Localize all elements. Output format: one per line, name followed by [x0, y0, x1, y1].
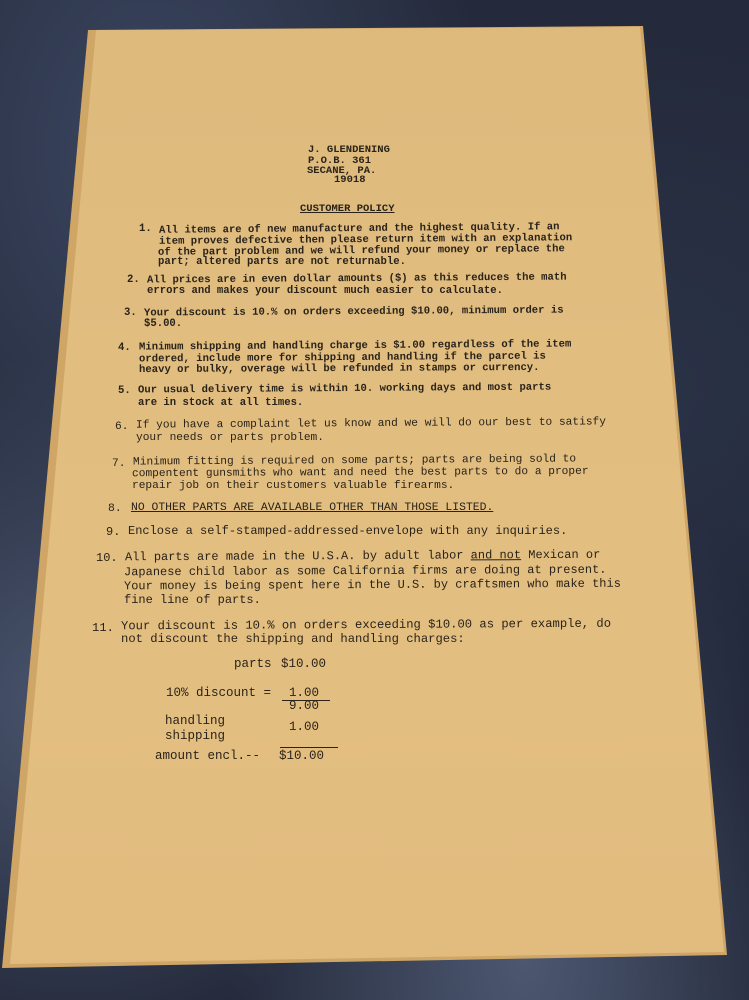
- handling-shipping-value: 1.00: [289, 720, 319, 734]
- amount-enclosed-label: amount encl.--: [155, 749, 260, 763]
- policy-document: J. GLENDENING P.O.B. 361 SECANE, PA. 190…: [0, 0, 749, 1000]
- emphasis-and-not: and not: [471, 548, 521, 562]
- handling-label: handling: [165, 714, 225, 728]
- subtotal-value: 9.00: [289, 699, 319, 713]
- discount-value: 1.00: [289, 686, 319, 700]
- total-rule: [280, 747, 338, 748]
- page-title: CUSTOMER POLICY: [300, 204, 395, 216]
- parts-value: $10.00: [281, 657, 326, 671]
- business-zip: 19018: [334, 175, 366, 187]
- amount-enclosed-value: $10.00: [279, 749, 324, 763]
- parts-label: parts: [234, 657, 272, 671]
- discount-label: 10% discount =: [166, 686, 271, 700]
- shipping-label: shipping: [165, 729, 225, 743]
